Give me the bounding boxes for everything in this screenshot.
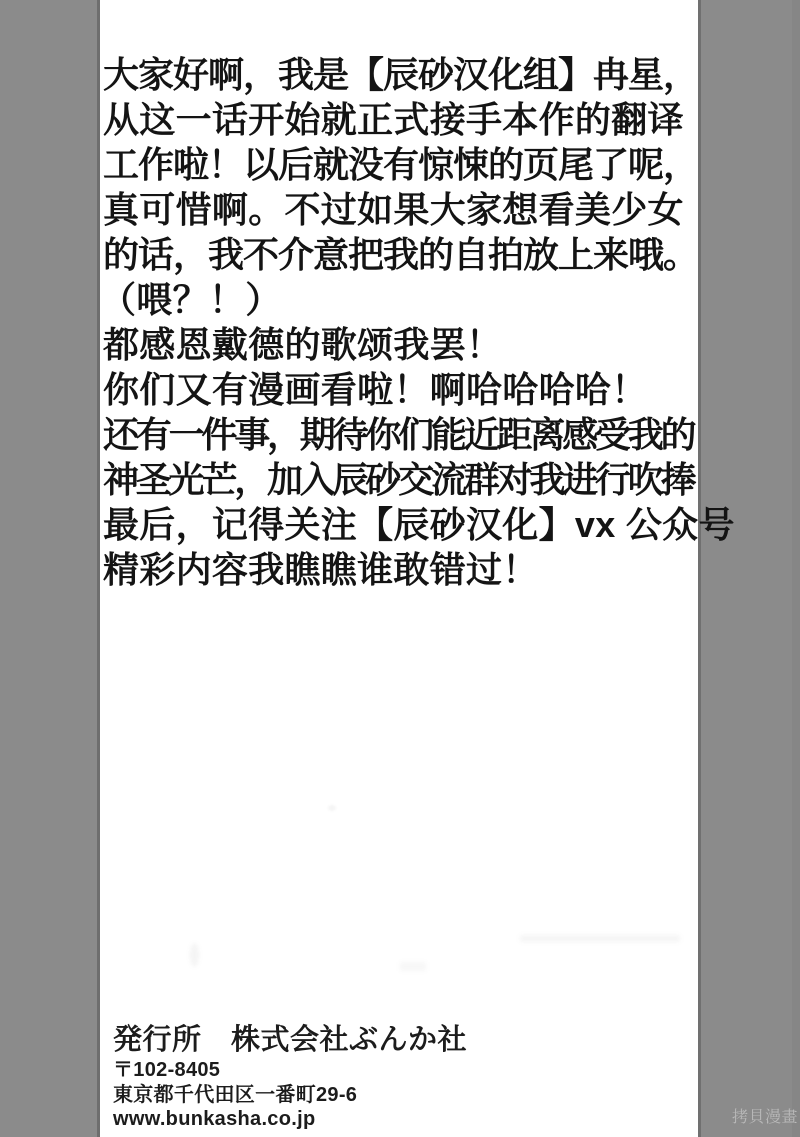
note-line: 真可惜啊。不过如果大家想看美少女: [103, 187, 697, 232]
note-line: 的话，我不介意把我的自拍放上来哦。: [103, 232, 697, 277]
publisher-info: 発行所 株式会社ぶんか社 〒102-8405 東京都千代田区一番町29-6 ww…: [113, 1022, 467, 1132]
scan-artifact: [400, 962, 426, 971]
scan-artifact: [328, 805, 336, 811]
publisher-name: 発行所 株式会社ぶんか社: [113, 1022, 467, 1058]
note-line: 你们又有漫画看啦！啊哈哈哈哈！: [103, 367, 697, 412]
note-line: （喂？！）: [100, 277, 697, 322]
note-line: 工作啦！以后就没有惊悚的页尾了呢，: [103, 142, 697, 187]
note-line: 大家好啊，我是【辰砂汉化组】冉星，: [103, 52, 697, 97]
scan-edge-strip: [792, 0, 800, 1137]
publisher-address: 東京都千代田区一番町29-6: [113, 1083, 467, 1108]
note-line: 都感恩戴德的歌颂我罢！: [103, 322, 697, 367]
note-line: 最后，记得关注【辰砂汉化】vx 公众号: [103, 502, 697, 547]
scan-artifact: [190, 943, 199, 967]
publisher-postal-code: 〒102-8405: [113, 1058, 467, 1083]
manga-scan-page: 大家好啊，我是【辰砂汉化组】冉星， 从这一话开始就正式接手本作的翻译 工作啦！以…: [0, 0, 800, 1137]
scan-artifact: [520, 935, 680, 942]
watermark-text: 拷貝漫畫: [732, 1107, 798, 1129]
manga-paper: 大家好啊，我是【辰砂汉化组】冉星， 从这一话开始就正式接手本作的翻译 工作啦！以…: [97, 0, 701, 1137]
note-line: 神圣光芒，加入辰砂交流群对我进行吹捧: [103, 457, 697, 502]
translator-note: 大家好啊，我是【辰砂汉化组】冉星， 从这一话开始就正式接手本作的翻译 工作啦！以…: [103, 52, 697, 592]
note-line: 从这一话开始就正式接手本作的翻译: [103, 97, 697, 142]
note-line: 精彩内容我瞧瞧谁敢错过！: [103, 547, 697, 592]
publisher-website: www.bunkasha.co.jp: [113, 1107, 467, 1132]
note-line: 还有一件事，期待你们能近距离感受我的: [103, 412, 697, 457]
